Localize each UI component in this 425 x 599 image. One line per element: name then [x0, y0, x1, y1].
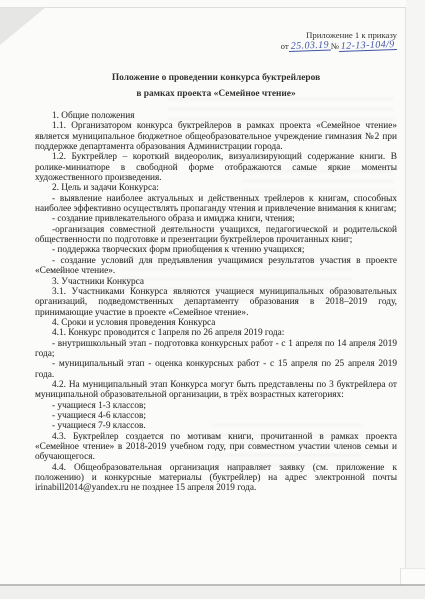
- handwritten-order-number: 12-13-104/9: [339, 40, 397, 52]
- paragraph: - учащиеся 4-6 классов;: [35, 411, 397, 421]
- title-line2: в рамках проекта «Семейное чтение»: [35, 87, 397, 103]
- header-line2: от25.03.19№12-13-104/9: [35, 41, 397, 52]
- paragraph: 3. Участники Конкурса: [35, 277, 397, 287]
- paragraph: - выявление наиболее актуальных и действ…: [35, 194, 397, 215]
- paragraph: - муниципальный этап - оценка конкурсных…: [35, 359, 397, 380]
- document-body: 1. Общие положения1.1. Организатором кон…: [35, 111, 397, 494]
- scanner-bottom-strip: [0, 586, 425, 599]
- paragraph: 4.1. Конкурс проводится с 1апреля по 26 …: [35, 328, 397, 338]
- paragraph: 3.1. Участниками Конкурса являются учащи…: [35, 287, 397, 318]
- order-reference-block: Приложение 1 к приказу от25.03.19№12-13-…: [35, 30, 397, 52]
- paragraph: 4.4. Общеобразовательная организация нап…: [35, 463, 397, 494]
- from-label: от: [281, 41, 289, 51]
- scanned-document-page: Приложение 1 к приказу от25.03.19№12-13-…: [0, 0, 425, 599]
- paragraph: - создание условий для предъявления учащ…: [35, 256, 397, 277]
- paragraph: 4.3. Буктрейлер создается по мотивам кни…: [35, 432, 397, 463]
- paragraph: - внутришкольный этап - подготовка конку…: [35, 339, 397, 360]
- paragraph: - учащиеся 7-9 классов.: [35, 421, 397, 431]
- paragraph: 4.2. На муниципальный этап Конкурса могу…: [35, 380, 397, 401]
- handwritten-date: 25.03.19: [288, 41, 331, 52]
- paragraph: 4. Сроки и условия проведения Конкурса: [35, 318, 397, 328]
- paragraph: -организация совместной деятельности уча…: [35, 225, 397, 246]
- page-right-edge: [405, 8, 406, 583]
- scanner-background-strip: [406, 0, 425, 599]
- document-title: Положение о проведении конкурса буктрейл…: [35, 71, 397, 102]
- paragraph: - учащиеся 1-3 классов;: [35, 401, 397, 411]
- paragraph: - поддержка творческих форм приобщения к…: [35, 245, 397, 255]
- title-line1: Положение о проведении конкурса буктрейл…: [35, 71, 397, 87]
- paragraph: 1.2. Буктрейлер – короткий видеоролик, в…: [35, 152, 397, 183]
- document-content: Приложение 1 к приказу от25.03.19№12-13-…: [35, 0, 397, 494]
- paragraph: - создание привлекательного образа и ими…: [35, 214, 397, 224]
- paragraph: 1. Общие положения: [35, 111, 397, 121]
- paragraph: 1.1. Организатором конкурса буктрейлеров…: [35, 121, 397, 152]
- header-line1: Приложение 1 к приказу: [35, 30, 397, 41]
- paragraph: 2. Цель и задачи Конкурса:: [35, 183, 397, 193]
